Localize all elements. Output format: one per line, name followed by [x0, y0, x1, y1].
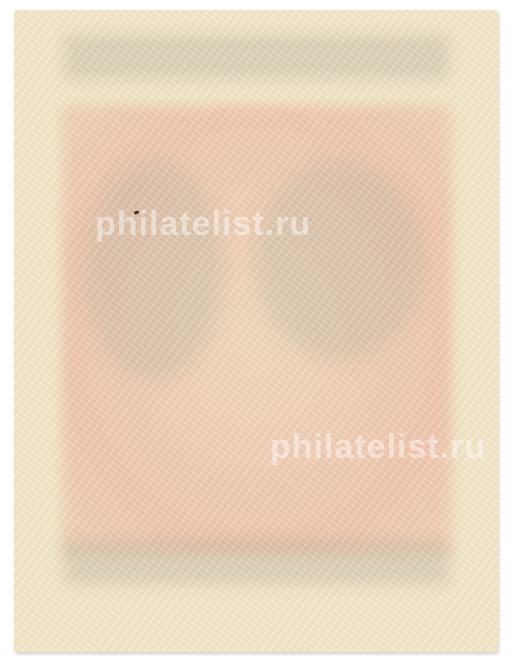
watermark-text: philatelist.ru — [270, 428, 486, 467]
watermark-text: philatelist.ru — [95, 205, 311, 244]
paper-texture — [14, 10, 498, 652]
stamp-back — [14, 10, 498, 652]
